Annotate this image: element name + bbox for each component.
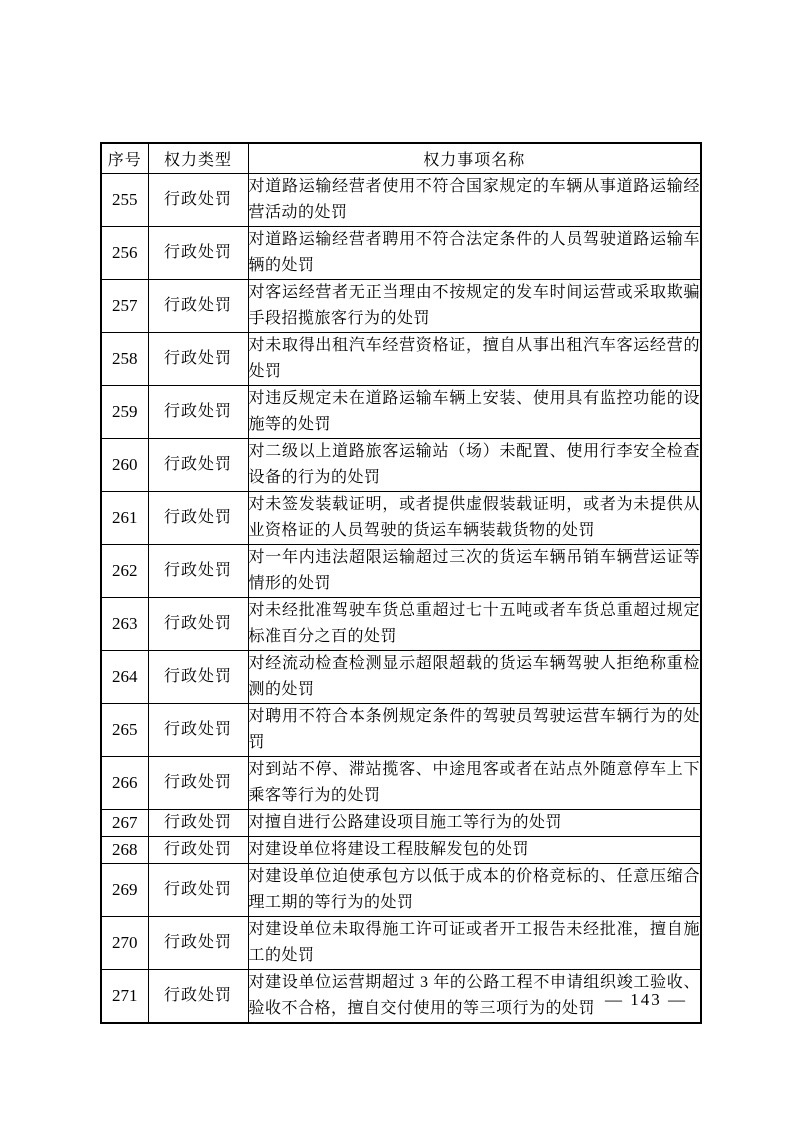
cell-power-item-name: 对经流动检查检测显示超限超载的货运车辆驾驶人拒绝称重检测的处罚 <box>248 651 701 704</box>
cell-serial-number: 263 <box>101 598 148 651</box>
cell-power-item-name: 对一年内违法超限运输超过三次的货运车辆吊销车辆营运证等情形的处罚 <box>248 545 701 598</box>
cell-power-type: 行政处罚 <box>148 386 248 439</box>
cell-serial-number: 262 <box>101 545 148 598</box>
table-row: 266 行政处罚 对到站不停、滞站揽客、中途甩客或者在站点外随意停车上下乘客等行… <box>101 757 701 810</box>
cell-serial-number: 270 <box>101 917 148 970</box>
cell-serial-number: 268 <box>101 837 148 864</box>
header-row: 序号 权力类型 权力事项名称 <box>101 143 701 174</box>
cell-serial-number: 258 <box>101 333 148 386</box>
cell-serial-number: 261 <box>101 492 148 545</box>
cell-serial-number: 256 <box>101 227 148 280</box>
cell-power-item-name: 对客运经营者无正当理由不按规定的发车时间运营或采取欺骗手段招揽旅客行为的处罚 <box>248 280 701 333</box>
table-row: 255 行政处罚 对道路运输经营者使用不符合国家规定的车辆从事道路运输经营活动的… <box>101 174 701 227</box>
power-items-table: 序号 权力类型 权力事项名称 255 行政处罚 对道路运输经营者使用不符合国家规… <box>100 142 702 1024</box>
table-row: 269 行政处罚 对建设单位迫使承包方以低于成本的价格竞标的、任意压缩合理工期的… <box>101 864 701 917</box>
cell-serial-number: 257 <box>101 280 148 333</box>
cell-serial-number: 260 <box>101 439 148 492</box>
table-header: 序号 权力类型 权力事项名称 <box>101 143 701 174</box>
table-row: 256 行政处罚 对道路运输经营者聘用不符合法定条件的人员驾驶道路运输车辆的处罚 <box>101 227 701 280</box>
table-row: 260 行政处罚 对二级以上道路旅客运输站（场）未配置、使用行李安全检查设备的行… <box>101 439 701 492</box>
cell-power-type: 行政处罚 <box>148 492 248 545</box>
cell-power-item-name: 对聘用不符合本条例规定条件的驾驶员驾驶运营车辆行为的处罚 <box>248 704 701 757</box>
table-row: 264 行政处罚 对经流动检查检测显示超限超载的货运车辆驾驶人拒绝称重检测的处罚 <box>101 651 701 704</box>
cell-serial-number: 265 <box>101 704 148 757</box>
cell-power-type: 行政处罚 <box>148 970 248 1024</box>
cell-serial-number: 271 <box>101 970 148 1024</box>
table-row: 263 行政处罚 对未经批准驾驶车货总重超过七十五吨或者车货总重超过规定标准百分… <box>101 598 701 651</box>
table-row: 258 行政处罚 对未取得出租汽车经营资格证，擅自从事出租汽车客运经营的处罚 <box>101 333 701 386</box>
cell-power-type: 行政处罚 <box>148 227 248 280</box>
cell-power-type: 行政处罚 <box>148 864 248 917</box>
cell-power-type: 行政处罚 <box>148 810 248 837</box>
cell-power-item-name: 对建设单位未取得施工许可证或者开工报告未经批准，擅自施工的处罚 <box>248 917 701 970</box>
cell-power-item-name: 对未签发装载证明，或者提供虚假装载证明，或者为未提供从业资格证的人员驾驶的货运车… <box>248 492 701 545</box>
table-row: 268 行政处罚 对建设单位将建设工程肢解发包的处罚 <box>101 837 701 864</box>
cell-power-type: 行政处罚 <box>148 439 248 492</box>
table-body: 255 行政处罚 对道路运输经营者使用不符合国家规定的车辆从事道路运输经营活动的… <box>101 174 701 1024</box>
table-row: 259 行政处罚 对违反规定未在道路运输车辆上安装、使用具有监控功能的设施等的处… <box>101 386 701 439</box>
cell-serial-number: 255 <box>101 174 148 227</box>
cell-serial-number: 264 <box>101 651 148 704</box>
cell-power-item-name: 对未经批准驾驶车货总重超过七十五吨或者车货总重超过规定标准百分之百的处罚 <box>248 598 701 651</box>
cell-power-item-name: 对建设单位将建设工程肢解发包的处罚 <box>248 837 701 864</box>
cell-power-type: 行政处罚 <box>148 837 248 864</box>
table-row: 257 行政处罚 对客运经营者无正当理由不按规定的发车时间运营或采取欺骗手段招揽… <box>101 280 701 333</box>
cell-serial-number: 259 <box>101 386 148 439</box>
cell-power-item-name: 对到站不停、滞站揽客、中途甩客或者在站点外随意停车上下乘客等行为的处罚 <box>248 757 701 810</box>
cell-power-type: 行政处罚 <box>148 757 248 810</box>
cell-power-item-name: 对未取得出租汽车经营资格证，擅自从事出租汽车客运经营的处罚 <box>248 333 701 386</box>
document-page: 序号 权力类型 权力事项名称 255 行政处罚 对道路运输经营者使用不符合国家规… <box>0 0 793 1122</box>
cell-power-type: 行政处罚 <box>148 651 248 704</box>
cell-power-type: 行政处罚 <box>148 598 248 651</box>
cell-serial-number: 267 <box>101 810 148 837</box>
cell-power-type: 行政处罚 <box>148 333 248 386</box>
column-header-power-item-name: 权力事项名称 <box>248 143 701 174</box>
cell-power-item-name: 对道路运输经营者使用不符合国家规定的车辆从事道路运输经营活动的处罚 <box>248 174 701 227</box>
cell-power-item-name: 对违反规定未在道路运输车辆上安装、使用具有监控功能的设施等的处罚 <box>248 386 701 439</box>
table-row: 270 行政处罚 对建设单位未取得施工许可证或者开工报告未经批准，擅自施工的处罚 <box>101 917 701 970</box>
cell-power-type: 行政处罚 <box>148 545 248 598</box>
table-row: 265 行政处罚 对聘用不符合本条例规定条件的驾驶员驾驶运营车辆行为的处罚 <box>101 704 701 757</box>
cell-power-type: 行政处罚 <box>148 704 248 757</box>
column-header-power-type: 权力类型 <box>148 143 248 174</box>
cell-power-item-name: 对二级以上道路旅客运输站（场）未配置、使用行李安全检查设备的行为的处罚 <box>248 439 701 492</box>
cell-power-type: 行政处罚 <box>148 280 248 333</box>
cell-power-item-name: 对道路运输经营者聘用不符合法定条件的人员驾驶道路运输车辆的处罚 <box>248 227 701 280</box>
cell-power-item-name: 对建设单位迫使承包方以低于成本的价格竞标的、任意压缩合理工期的等行为的处罚 <box>248 864 701 917</box>
table-row: 261 行政处罚 对未签发装载证明，或者提供虚假装载证明，或者为未提供从业资格证… <box>101 492 701 545</box>
cell-power-type: 行政处罚 <box>148 917 248 970</box>
table-row: 267 行政处罚 对擅自进行公路建设项目施工等行为的处罚 <box>101 810 701 837</box>
cell-power-type: 行政处罚 <box>148 174 248 227</box>
cell-serial-number: 269 <box>101 864 148 917</box>
page-number: — 143 — <box>605 990 687 1010</box>
cell-serial-number: 266 <box>101 757 148 810</box>
cell-power-item-name: 对擅自进行公路建设项目施工等行为的处罚 <box>248 810 701 837</box>
table-row: 262 行政处罚 对一年内违法超限运输超过三次的货运车辆吊销车辆营运证等情形的处… <box>101 545 701 598</box>
column-header-serial: 序号 <box>101 143 148 174</box>
